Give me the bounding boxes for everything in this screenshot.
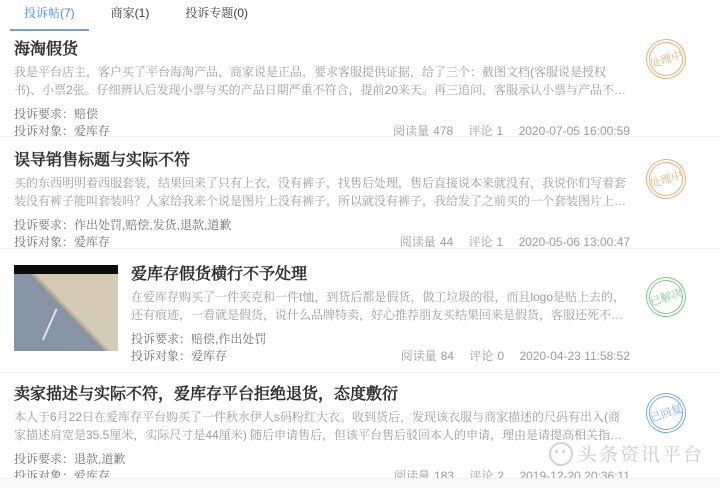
post-date: 2019-12-20 20:36:11 [519, 469, 630, 479]
post-date: 2020-05-06 13:00:47 [519, 235, 630, 249]
demand-label: 投诉要求： [14, 452, 74, 466]
target-value: 爱库存 [191, 349, 227, 363]
comments-value: 0 [497, 349, 504, 363]
post-title[interactable]: 卖家描述与实际不符，爱库存平台拒绝退货，态度敷衍 [14, 385, 630, 405]
comments-value: 1 [497, 235, 504, 249]
post-target-line: 投诉对象：爱库存 [14, 234, 110, 249]
comments-label: 评论 [469, 469, 493, 479]
post-item-3[interactable]: 爱库存假货横行不予处理 在爱库存购买了一件夹克和一件t恤，到货后都是假货，做工垃… [0, 249, 720, 373]
post-excerpt: 买的东西明明着西服套装，结果回来了只有上衣，没有裤子，找售后处理，售后直接说本来… [14, 174, 630, 210]
status-stamp-text: 处理中 [648, 166, 684, 191]
post-date: 2020-07-05 16:00:59 [519, 124, 630, 137]
post-item-1[interactable]: 海淘假货 我是平台店主，客户买了平台海淘产品，商家说是正品，要求客服提供证据，给… [0, 31, 720, 137]
target-value: 爱库存 [74, 235, 110, 249]
tab-complaint-topics[interactable]: 投诉专题(0) [171, 0, 262, 31]
demand-label: 投诉要求： [14, 218, 74, 232]
complaint-post-list: 海淘假货 我是平台店主，客户买了平台海淘产品，商家说是正品，要求客服提供证据，给… [0, 31, 720, 479]
views-value: 44 [440, 235, 453, 249]
views-label: 阅读量 [394, 469, 430, 479]
status-stamp-text: 处理中 [648, 46, 684, 71]
post-excerpt: 本人于6月22日在爱库存平台购买了一件秋水伊人s码粉红大衣。收到货后，发现该衣服… [14, 408, 630, 444]
demand-label: 投诉要求： [131, 332, 191, 346]
post-demand-line: 投诉要求：赔偿,作出处罚 [131, 331, 630, 347]
target-value: 爱库存 [74, 124, 110, 137]
demand-value: 作出处罚,赔偿,发货,退款,道歉 [74, 218, 231, 232]
status-stamp-text: 已解决 [648, 284, 684, 309]
post-stats: 阅读量478 评论1 2020-07-05 16:00:59 [393, 122, 630, 137]
post-demand-line: 投诉要求：退款,道歉 [14, 451, 630, 467]
tab-complaint-posts[interactable]: 投诉帖(7) [10, 0, 89, 31]
footer-strip [0, 479, 720, 488]
status-stamp-processing: 处理中 [641, 154, 691, 204]
tab-bar: 投诉帖(7) 商家(1) 投诉专题(0) [0, 0, 720, 31]
post-title[interactable]: 误导销售标题与实际不符 [14, 151, 630, 171]
views-label: 阅读量 [393, 124, 429, 137]
demand-value: 赔偿 [74, 107, 98, 121]
views-label: 阅读量 [401, 349, 437, 363]
post-target-line: 投诉对象：爱库存 [14, 468, 110, 479]
post-item-2[interactable]: 误导销售标题与实际不符 买的东西明明着西服套装，结果回来了只有上衣，没有裤子，找… [0, 137, 720, 249]
post-stats: 阅读量44 评论1 2020-05-06 13:00:47 [400, 233, 630, 249]
complaint-list-page: { "tabs": { "items": [ { "label": "投诉帖(7… [0, 0, 720, 488]
post-target-line: 投诉对象：爱库存 [14, 123, 110, 137]
post-stats: 阅读量183 评论2 2019-12-20 20:36:11 [394, 467, 630, 479]
comments-value: 2 [497, 469, 504, 479]
post-item-4[interactable]: 卖家描述与实际不符，爱库存平台拒绝退货，态度敷衍 本人于6月22日在爱库存平台购… [0, 373, 720, 479]
tab-merchants[interactable]: 商家(1) [97, 0, 164, 31]
target-label: 投诉对象： [14, 124, 74, 137]
comments-label: 评论 [469, 235, 493, 249]
status-stamp-resolved: 已解决 [641, 272, 691, 322]
target-value: 爱库存 [74, 469, 110, 479]
target-label: 投诉对象： [131, 349, 191, 363]
status-stamp-processing: 处理中 [641, 34, 691, 84]
target-label: 投诉对象： [14, 235, 74, 249]
post-stats: 阅读量84 评论0 2020-04-23 11:58:52 [401, 347, 630, 364]
post-demand-line: 投诉要求：赔偿 [14, 106, 630, 122]
comments-label: 评论 [469, 349, 493, 363]
demand-value: 赔偿,作出处罚 [191, 332, 266, 346]
views-label: 阅读量 [400, 235, 436, 249]
status-stamp-replied: 已回复 [641, 388, 691, 438]
post-date: 2020-04-23 11:58:52 [519, 349, 630, 363]
post-demand-line: 投诉要求：作出处罚,赔偿,发货,退款,道歉 [14, 217, 630, 233]
comments-value: 1 [497, 124, 504, 137]
post-excerpt: 我是平台店主，客户买了平台海淘产品，商家说是正品，要求客服提供证据，给了三个：截… [14, 63, 630, 99]
views-value: 84 [441, 349, 454, 363]
views-value: 183 [434, 469, 454, 479]
post-title[interactable]: 爱库存假货横行不予处理 [131, 265, 630, 285]
target-label: 投诉对象： [14, 469, 74, 479]
post-thumbnail[interactable] [14, 265, 118, 351]
status-stamp-text: 已回复 [648, 400, 684, 425]
demand-value: 退款,道歉 [74, 452, 125, 466]
views-value: 478 [433, 124, 453, 137]
demand-label: 投诉要求： [14, 107, 74, 121]
post-title[interactable]: 海淘假货 [14, 40, 630, 60]
post-target-line: 投诉对象：爱库存 [131, 348, 227, 364]
post-excerpt: 在爱库存购买了一件夹克和一件t恤，到货后都是假货，做工垃圾的很，而且logo是贴… [131, 288, 630, 324]
comments-label: 评论 [469, 124, 493, 137]
